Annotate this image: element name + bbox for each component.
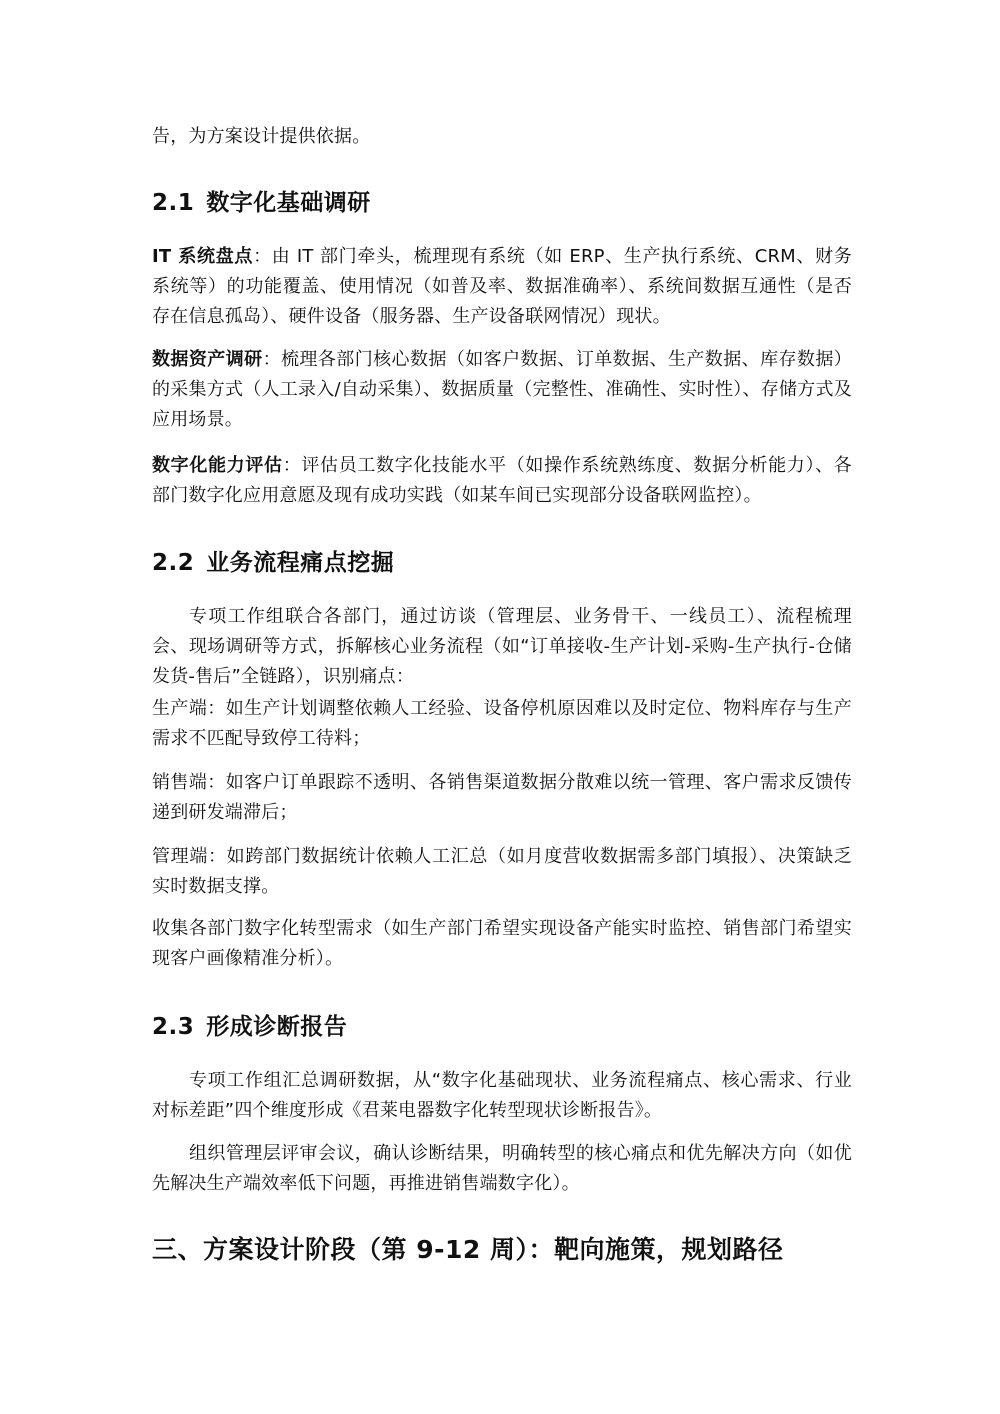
paragraph-data-assets: 数据资产调研：梳理各部门核心数据（如客户数据、订单数据、生产数据、库存数据）的采… [152,345,852,435]
section-title: 数字化基础调研 [206,190,371,216]
paragraph-process-intro: 专项工作组联合各部门，通过访谈（管理层、业务骨干、一线员工）、流程梳理会、现场调… [152,602,852,692]
pain-point-management: 管理端：如跨部门数据统计依赖人工汇总（如月度营收数据需多部门填报）、决策缺乏实时… [152,842,852,902]
section-heading-2-3: 2.3形成诊断报告 [152,1012,347,1042]
paragraph-lead: IT 系统盘点 [152,246,253,267]
section-number: 2.2 [152,550,194,576]
paragraph-needs: 收集各部门数字化转型需求（如生产部门希望实现设备产能实时监控、销售部门希望实现客… [152,914,852,974]
paragraph-review-meeting: 组织管理层评审会议，确认诊断结果，明确转型的核心痛点和优先解决方向（如优先解决生… [152,1139,852,1199]
pain-point-production: 生产端：如生产计划调整依赖人工经验、设备停机原因难以及时定位、物料库存与生产需求… [152,694,852,754]
section-heading-2-2: 2.2业务流程痛点挖掘 [152,548,394,578]
paragraph-text: ：由 IT 部门牵头，梳理现有系统（如 ERP、生产执行系统、CRM、财务系统等… [152,246,852,327]
section-title: 业务流程痛点挖掘 [206,550,394,576]
paragraph-report-summary: 专项工作组汇总调研数据，从“数字化基础现状、业务流程痛点、核心需求、行业对标差距… [152,1066,852,1126]
section-heading-2-1: 2.1数字化基础调研 [152,188,371,218]
paragraph-it-inventory: IT 系统盘点：由 IT 部门牵头，梳理现有系统（如 ERP、生产执行系统、CR… [152,242,852,332]
chapter-heading-3: 三、方案设计阶段（第 9-12 周）：靶向施策，规划路径 [152,1234,783,1266]
section-number: 2.1 [152,190,194,216]
pain-point-sales: 销售端：如客户订单跟踪不透明、各销售渠道数据分散难以统一管理、客户需求反馈传递到… [152,768,852,828]
section-number: 2.3 [152,1014,194,1040]
intro-continuation: 告，为方案设计提供依据。 [152,122,852,152]
paragraph-lead: 数字化能力评估 [152,455,283,476]
paragraph-lead: 数据资产调研 [152,349,263,370]
paragraph-digital-capability: 数字化能力评估：评估员工数字化技能水平（如操作系统熟练度、数据分析能力）、各部门… [152,451,852,511]
section-title: 形成诊断报告 [206,1014,347,1040]
